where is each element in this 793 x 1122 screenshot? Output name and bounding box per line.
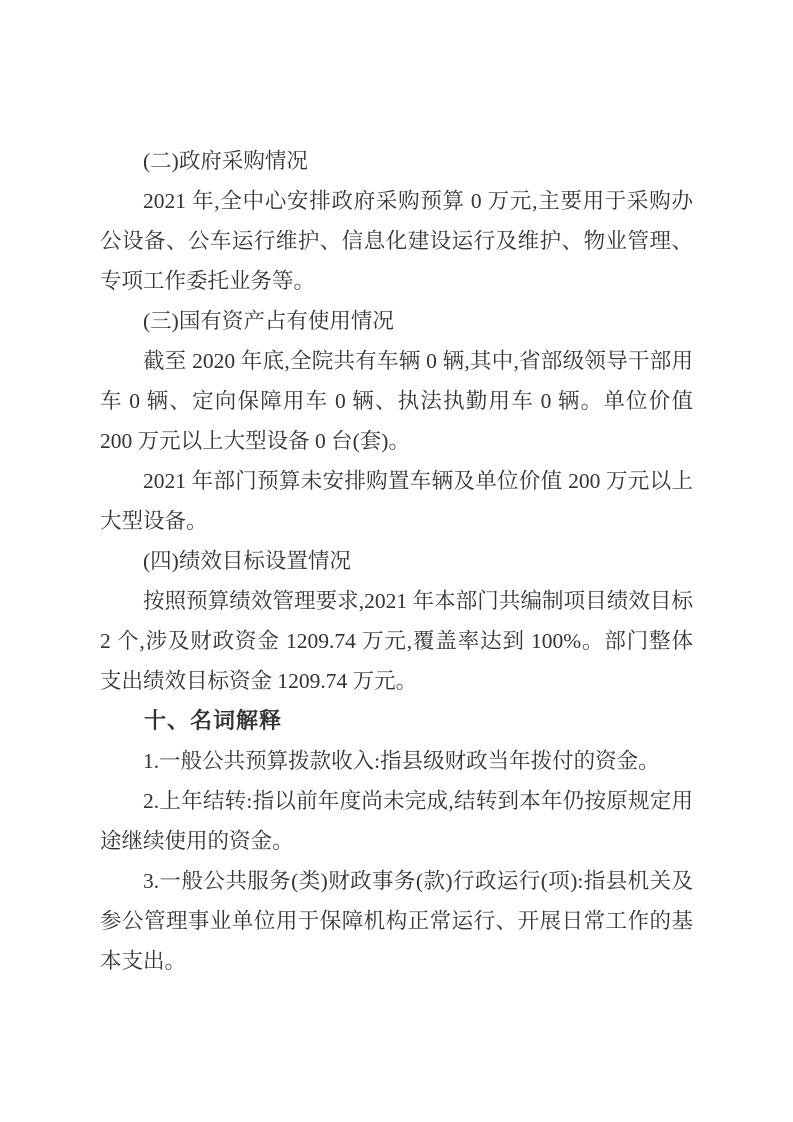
section-heading: (二)政府采购情况 (100, 141, 693, 181)
document-body: (二)政府采购情况2021 年,全中心安排政府采购预算 0 万元,主要用于采购办… (100, 141, 693, 981)
section-heading: (四)绩效目标设置情况 (100, 541, 693, 581)
chapter-heading: 十、名词解释 (100, 701, 693, 741)
paragraph: 按照预算绩效管理要求,2021 年本部门共编制项目绩效目标 2 个,涉及财政资金… (100, 581, 693, 701)
paragraph: 2021 年部门预算未安排购置车辆及单位价值 200 万元以上大型设备。 (100, 461, 693, 541)
paragraph: 截至 2020 年底,全院共有车辆 0 辆,其中,省部级领导干部用车 0 辆、定… (100, 341, 693, 461)
paragraph: 1.一般公共预算拨款收入:指县级财政当年拨付的资金。 (100, 741, 693, 781)
paragraph: 2.上年结转:指以前年度尚未完成,结转到本年仍按原规定用途继续使用的资金。 (100, 781, 693, 861)
paragraph: 2021 年,全中心安排政府采购预算 0 万元,主要用于采购办公设备、公车运行维… (100, 181, 693, 301)
section-heading: (三)国有资产占有使用情况 (100, 301, 693, 341)
paragraph: 3.一般公共服务(类)财政事务(款)行政运行(项):指县机关及参公管理事业单位用… (100, 861, 693, 981)
document-page: (二)政府采购情况2021 年,全中心安排政府采购预算 0 万元,主要用于采购办… (0, 0, 793, 1122)
